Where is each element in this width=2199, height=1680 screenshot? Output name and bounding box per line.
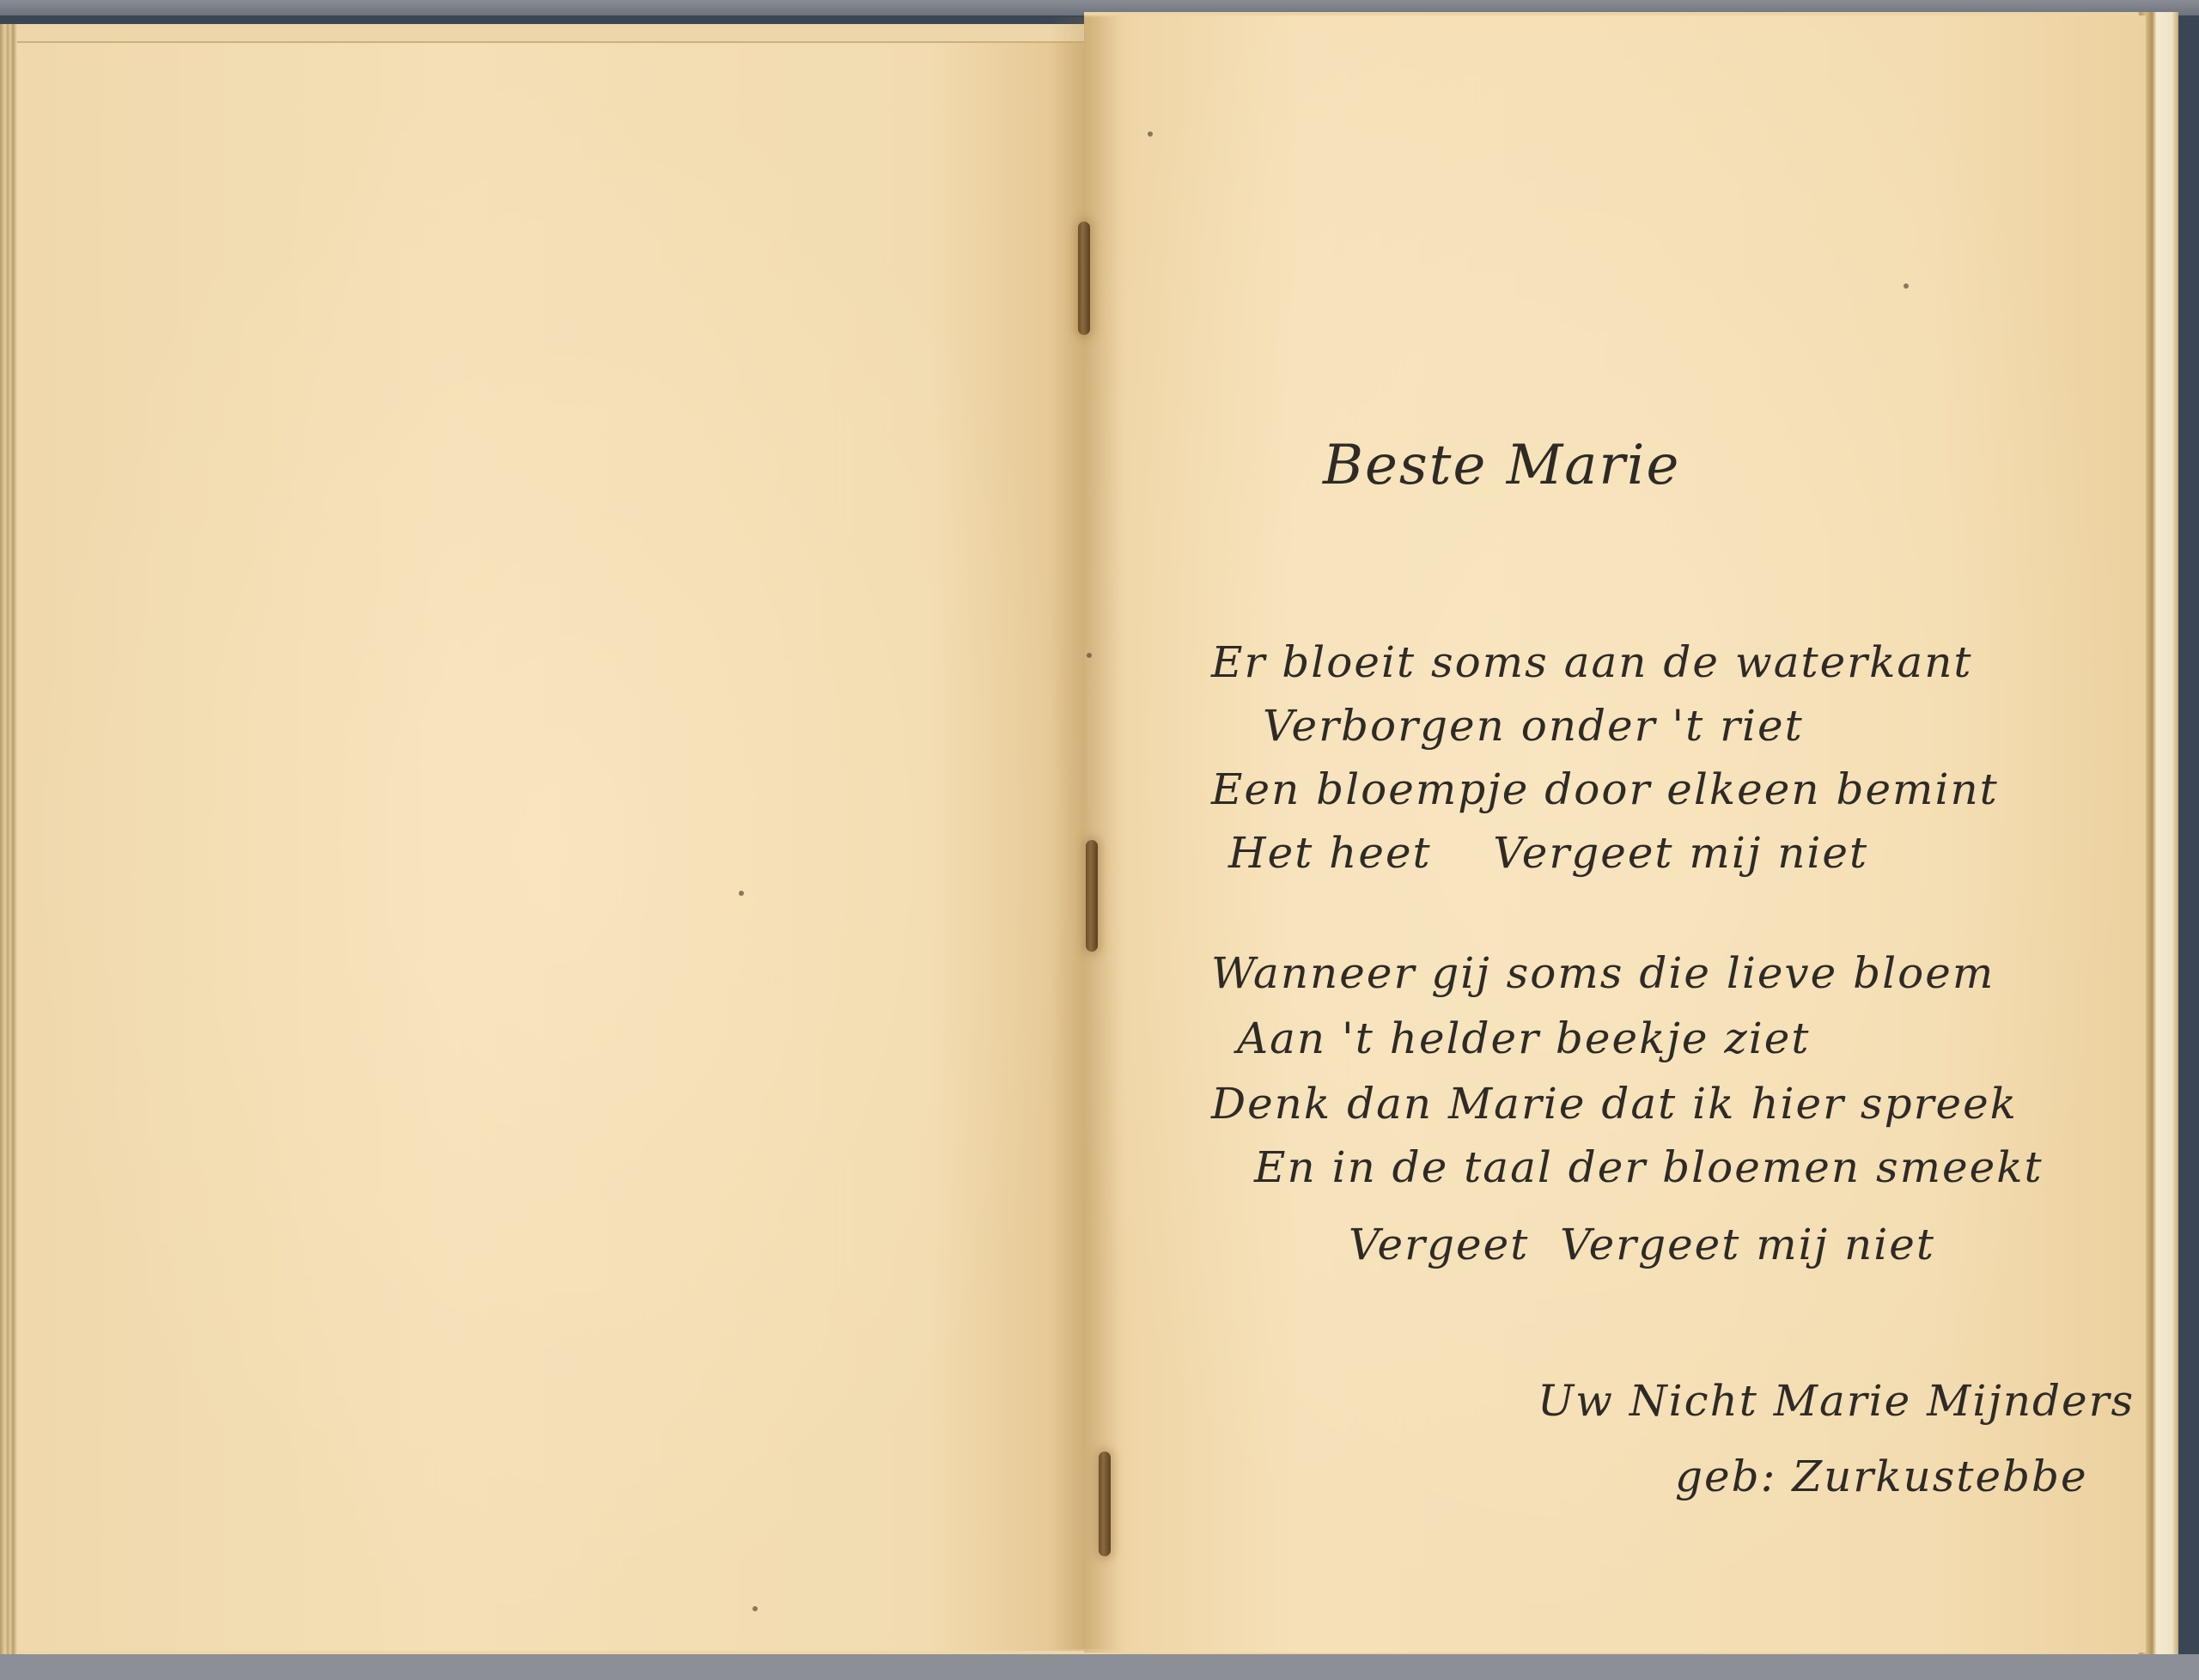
paper-speck: [1087, 653, 1092, 658]
verse-line: Wanneer gij soms die lieve bloem: [1211, 948, 1995, 998]
left-page-blank: [17, 41, 1093, 1651]
paper-speck: [1148, 131, 1153, 137]
verse-line: Een bloempje door elkeen bemint: [1211, 764, 1999, 814]
paper-speck: [752, 1606, 758, 1611]
background-bottom: [0, 1654, 2199, 1680]
verse-line: Het heet Vergeet mij niet: [1228, 828, 1868, 878]
verse-line-refrain: Vergeet Vergeet mij niet: [1349, 1220, 1935, 1269]
verse-line: Er bloeit soms aan de waterkant: [1211, 637, 1973, 687]
signature-name: Uw Nicht Marie Mijnders: [1538, 1376, 2135, 1426]
paper-speck: [1904, 283, 1909, 289]
binding-staple-top: [1078, 222, 1090, 335]
binding-staple-bottom: [1099, 1452, 1111, 1556]
verse-line: Aan 't helder beekje ziet: [1237, 1013, 1810, 1063]
verse-line: Verborgen onder 't riet: [1263, 701, 1804, 751]
signature-maiden-name: geb: Zurkustebbe: [1675, 1452, 2088, 1501]
paper-speck: [739, 891, 744, 896]
verse-line: En in de taal der bloemen smeekt: [1254, 1142, 2044, 1192]
salutation: Beste Marie: [1323, 434, 1680, 497]
binding-staple-middle: [1086, 840, 1098, 952]
verse-line: Denk dan Marie dat ik hier spreek: [1211, 1079, 2018, 1129]
